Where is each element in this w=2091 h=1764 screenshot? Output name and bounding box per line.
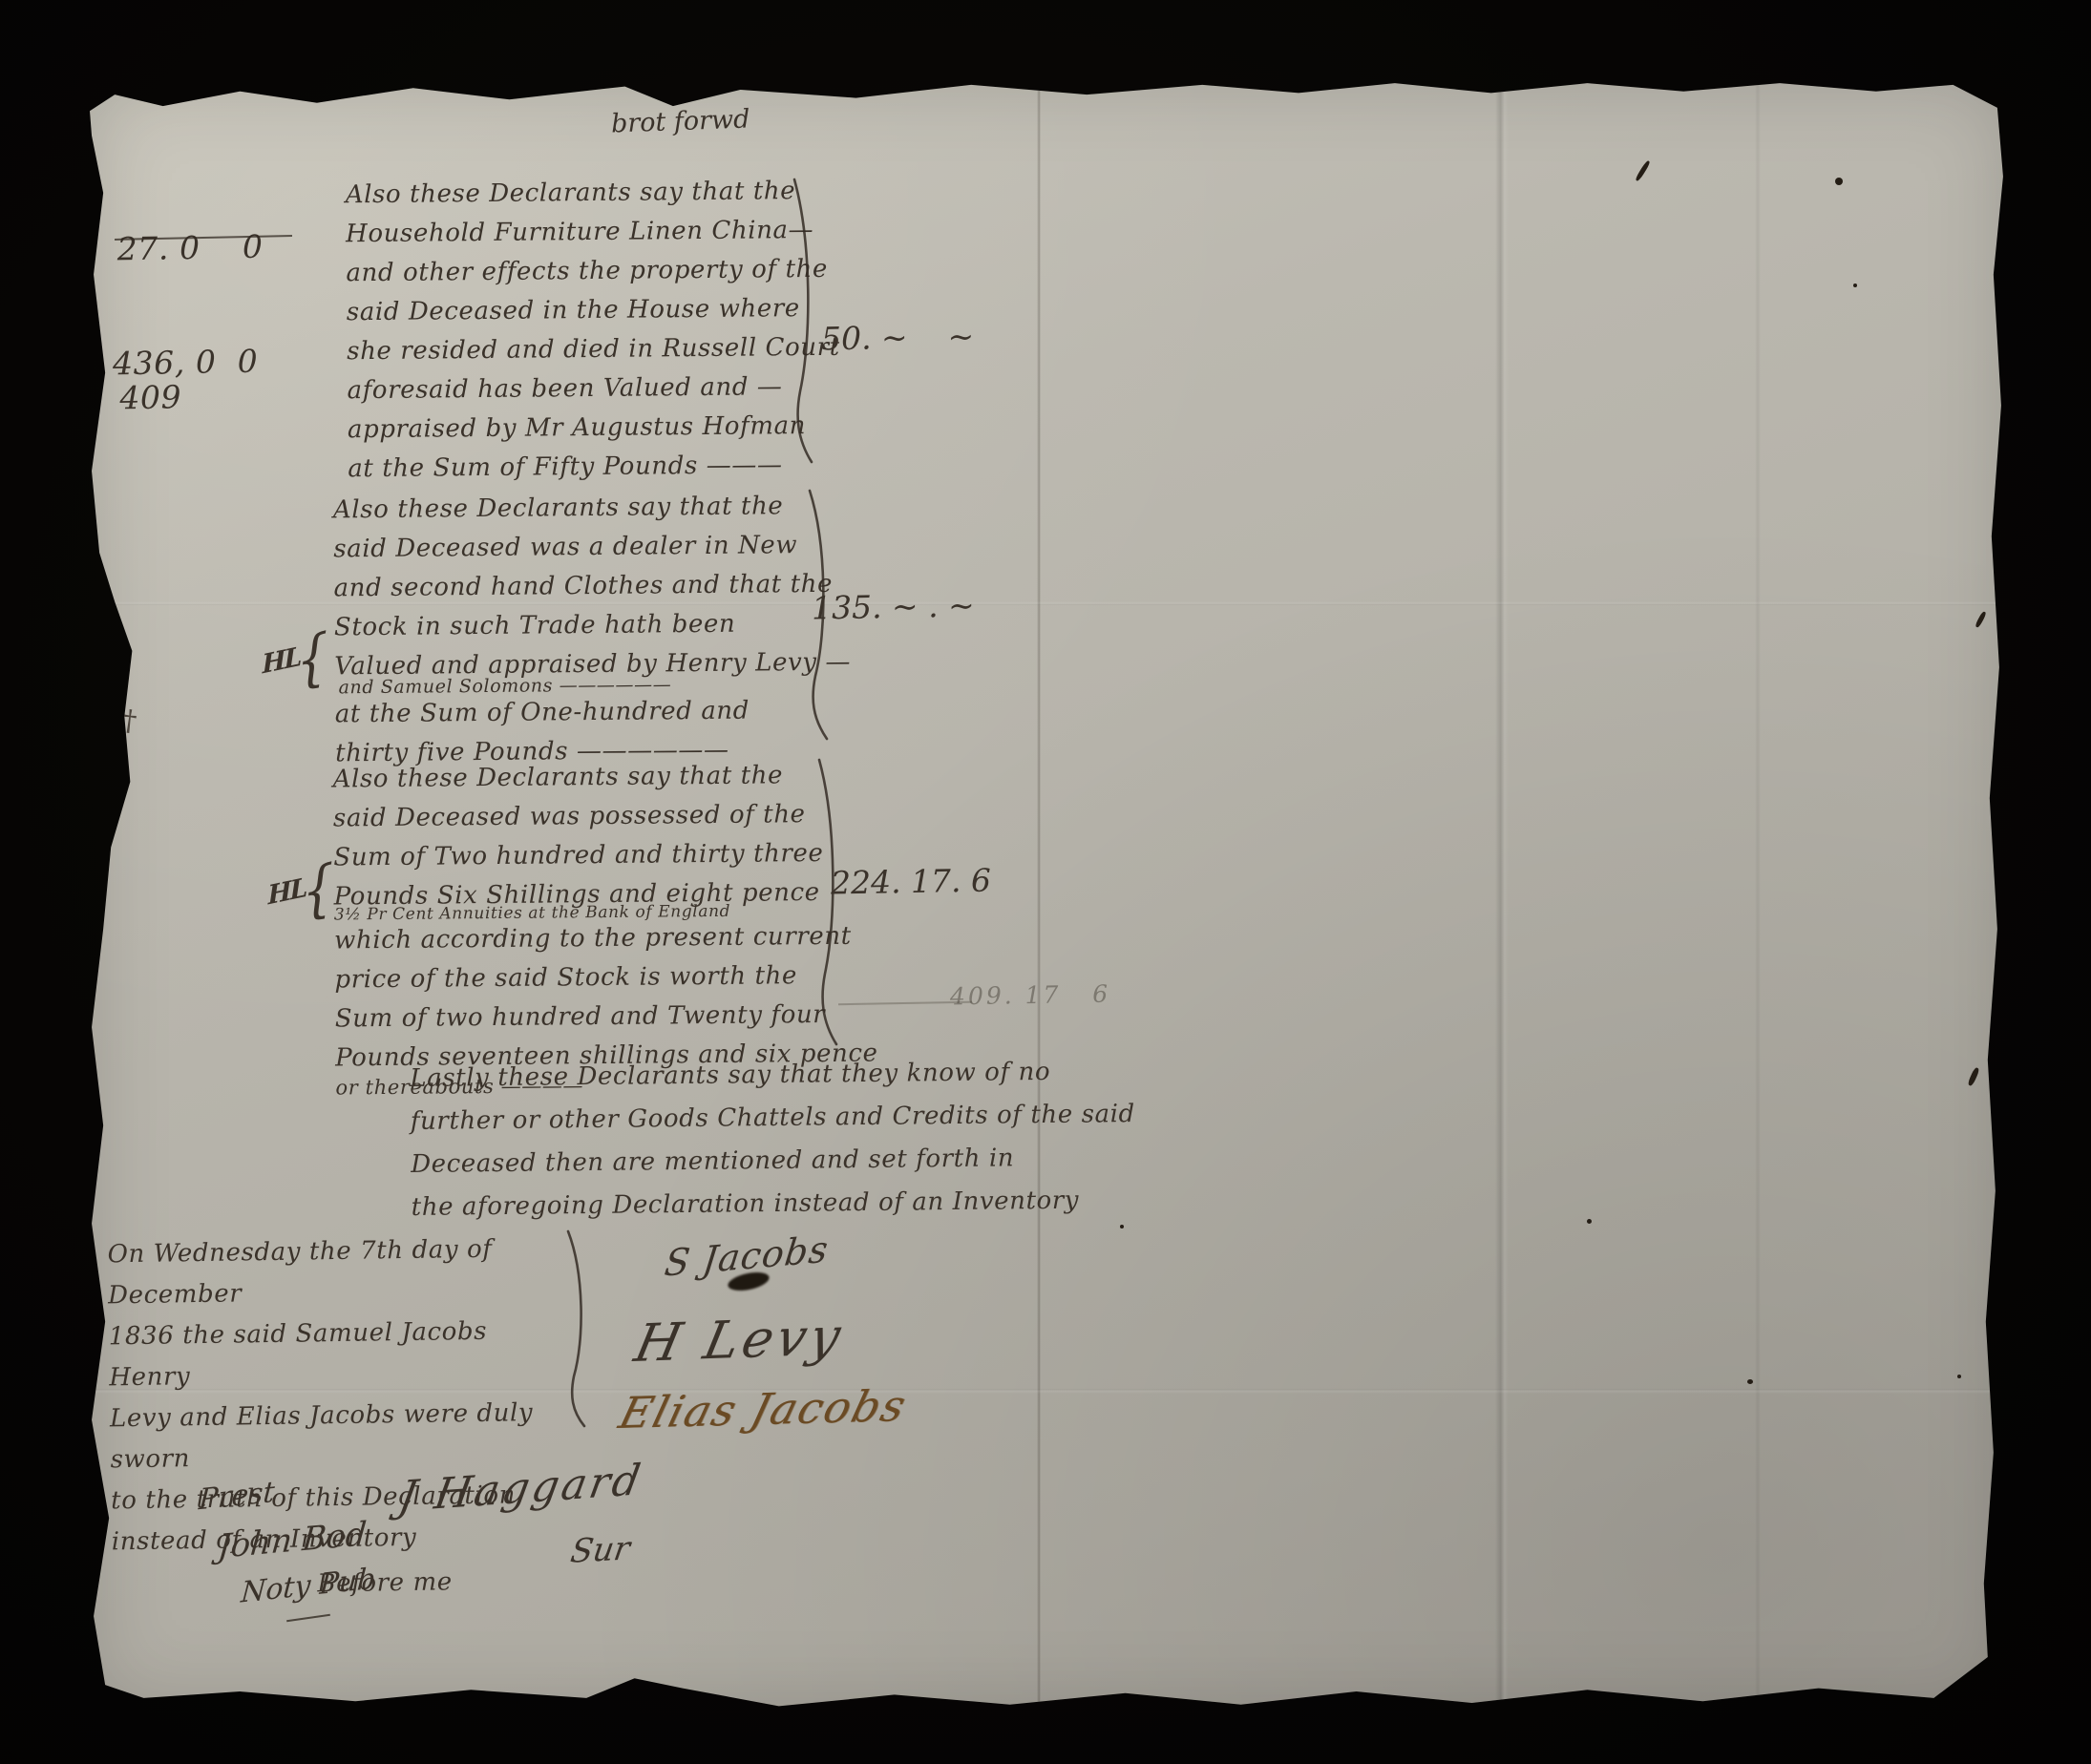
vertical-fold-crease xyxy=(1037,78,1041,1714)
ink-speck xyxy=(1587,1219,1592,1224)
handwritten-line: Deceased then are mentioned and set fort… xyxy=(411,1136,1136,1186)
handwritten-line: the aforegoing Declaration instead of an… xyxy=(411,1179,1136,1229)
handwritten-line: Also these Declarants say that the xyxy=(346,172,839,216)
vertical-fold-crease xyxy=(1755,78,1761,1714)
hl-brace-glyph: { xyxy=(301,850,335,928)
vertical-fold-crease xyxy=(1495,78,1509,1714)
handwritten-line: which according to the present current xyxy=(334,917,877,961)
paragraph-bank-annuities: Also these Declarants say that thesaid D… xyxy=(332,756,878,1102)
signature-elias-jacobs: Elias Jacobs xyxy=(614,1380,913,1438)
handwritten-line: Sum of Two hundred and thirty three xyxy=(333,834,877,878)
hl-brace-glyph: { xyxy=(295,619,329,697)
ink-speck xyxy=(1835,178,1843,185)
ink-speck xyxy=(1975,611,1987,628)
paragraph-clothes-stock: Also these Declarants say that thesaid D… xyxy=(333,487,852,774)
ink-speck xyxy=(1967,1067,1980,1087)
handwritten-line: price of the said Stock is worth the xyxy=(334,956,877,1000)
hl-initials: HL xyxy=(262,642,301,681)
paragraph-lastly: Lastly these Declarants say that they kn… xyxy=(410,1050,1136,1229)
signature-surrogate-title: Sur xyxy=(568,1529,633,1571)
amount-two-twenty-four: 224. 17. 6 xyxy=(831,862,992,902)
margin-cross-mark: † xyxy=(120,703,138,739)
ink-speck xyxy=(1957,1375,1961,1378)
handwritten-line: aforesaid has been Valued and — xyxy=(347,367,840,411)
handwritten-line: said Deceased was a dealer in New xyxy=(333,526,850,570)
ink-speck xyxy=(1853,283,1857,287)
sum-total-line: 436, 0 0 xyxy=(111,238,261,489)
ink-speck xyxy=(1120,1225,1124,1228)
signature-h-levy: H Levy xyxy=(629,1306,849,1374)
handwritten-line: On Wednesday the 7th day of December xyxy=(107,1228,566,1317)
handwritten-line: Sum of two hundred and Twenty four xyxy=(335,996,878,1039)
brought-forward-note: brot forwd xyxy=(611,104,750,138)
document-paper: brot forwd 27. 0 0 409 436, 0 0 Also the… xyxy=(86,78,2011,1714)
handwritten-line: and other effects the property of the xyxy=(346,250,839,294)
handwritten-line: Stock in such Trade hath been xyxy=(334,604,851,648)
handwritten-line: Also these Declarants say that the xyxy=(332,756,876,800)
notary-underline xyxy=(286,1614,330,1622)
handwritten-line: and second hand Clothes and that the xyxy=(333,565,850,609)
handwritten-line: said Deceased was possessed of the xyxy=(333,795,877,839)
handwritten-line: appraised by Mr Augustus Hofman xyxy=(348,407,841,451)
margin-initials-hl: HL{ xyxy=(262,624,330,700)
pencil-total: 409. 17 6 xyxy=(950,980,1111,1011)
sum-total: 436, 0 0 xyxy=(113,337,259,389)
handwritten-line: at the Sum of Fifty Pounds ——— xyxy=(348,446,841,490)
handwritten-line: at the Sum of One-hundred and xyxy=(335,691,852,735)
amount-fifty-pounds: 50. ~ ~ xyxy=(821,318,975,358)
hl-initials: HL xyxy=(267,873,306,912)
handwritten-line: she resided and died in Russell Court xyxy=(347,328,840,372)
handwritten-line: Lastly these Declarants say that they kn… xyxy=(410,1050,1135,1101)
amount-one-thirty-five: 135. ~ . ~ xyxy=(812,587,975,627)
handwritten-line: Also these Declarants say that the xyxy=(333,487,850,531)
ink-speck xyxy=(1635,159,1651,181)
margin-initials-hl: HL{ xyxy=(267,855,336,931)
handwritten-line: said Deceased in the House where xyxy=(347,289,840,333)
paragraph-household-furniture: Also these Declarants say that theHouseh… xyxy=(346,172,841,489)
handwritten-line: Household Furniture Linen China— xyxy=(346,211,839,255)
handwritten-line: 1836 the said Samuel Jacobs Henry xyxy=(108,1311,567,1399)
photograph-stage: brot forwd 27. 0 0 409 436, 0 0 Also the… xyxy=(0,0,2091,1764)
ink-speck xyxy=(1747,1379,1753,1384)
handwritten-line: further or other Goods Chattels and Cred… xyxy=(411,1093,1136,1144)
